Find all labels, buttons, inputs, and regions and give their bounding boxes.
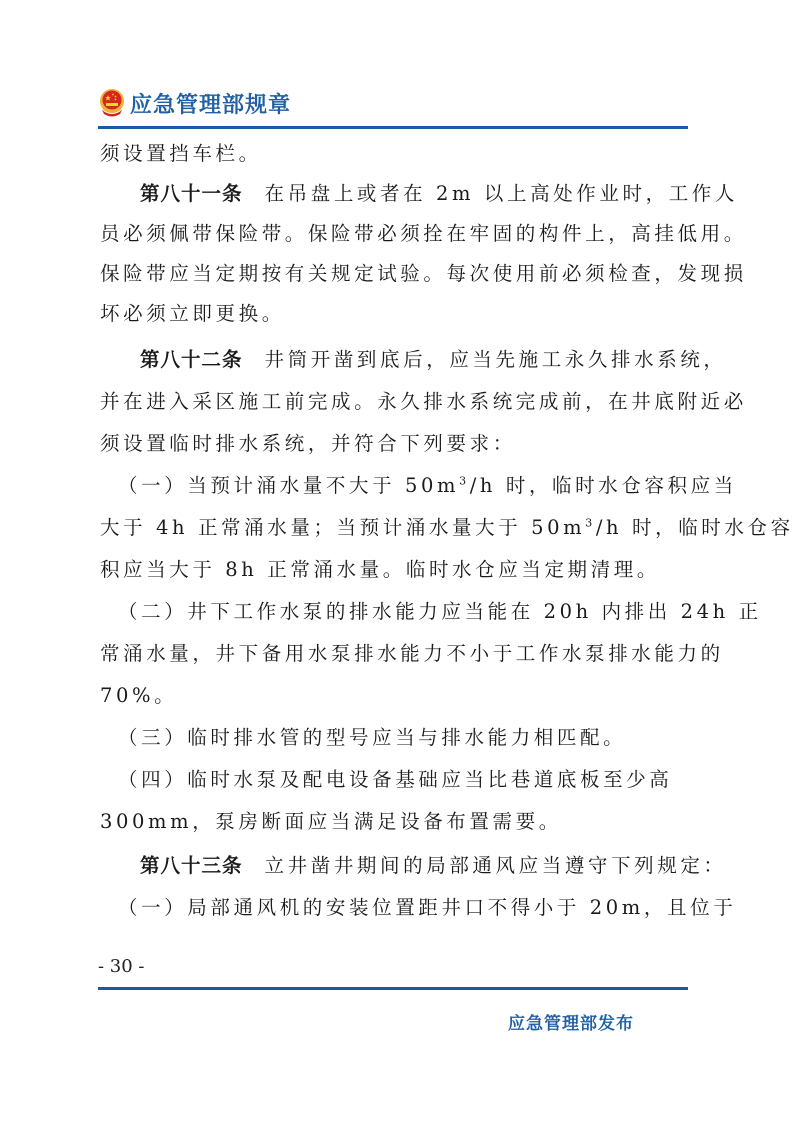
clause-3-line: （三）临时排水管的型号应当与排水能力相匹配。 [118, 724, 626, 752]
text-line: 须设置挡车栏。 [100, 140, 262, 168]
text-line: 300mm，泵房断面应当满足设备布置需要。 [100, 808, 562, 836]
article-label: 第八十二条 [140, 348, 243, 371]
article-83-line: 第八十三条立井凿井期间的局部通风应当遵守下列规定： [140, 852, 727, 880]
text-line: 须设置临时排水系统，并符合下列要求： [100, 430, 516, 458]
article-82-line: 第八十二条井筒开凿到底后，应当先施工永久排水系统， [140, 346, 727, 374]
text-line: 积应当大于 8h 正常涌水量。临时水仓应当定期清理。 [100, 556, 660, 584]
article-81-line: 第八十一条在吊盘上或者在 2m 以上高处作业时，工作人 [140, 180, 738, 208]
national-emblem-icon [98, 88, 126, 118]
document-header: 应急管理部规章 [98, 86, 291, 120]
text-line: 并在进入采区施工前完成。永久排水系统完成前，在井底附近必 [100, 388, 747, 416]
header-divider [98, 126, 688, 129]
page-number: - 30 - [98, 956, 145, 977]
text-line: 常涌水量，井下备用水泵排水能力不小于工作水泵排水能力的 [100, 640, 724, 668]
clause-4-line: （四）临时水泵及配电设备基础应当比巷道底板至少高 [118, 766, 672, 794]
text-line: 70%。 [100, 682, 177, 710]
text-line: 员必须佩带保险带。保险带必须拴在牢固的构件上，高挂低用。 [100, 220, 747, 248]
header-title: 应急管理部规章 [130, 88, 291, 119]
article-label: 第八十一条 [140, 182, 243, 205]
text-line: 保险带应当定期按有关规定试验。每次使用前必须检查，发现损 [100, 260, 747, 288]
clause-2-line: （二）井下工作水泵的排水能力应当能在 20h 内排出 24h 正 [118, 598, 762, 626]
publisher-label: 应急管理部发布 [508, 1009, 634, 1034]
clause-1-line: （一）当预计涌水量不大于 50m3/h 时，临时水仓容积应当 [118, 472, 737, 500]
clause-1-line: （一）局部通风机的安装位置距井口不得小于 20m，且位于 [118, 894, 736, 922]
footer-divider [98, 987, 688, 990]
text-line: 大于 4h 正常涌水量；当预计涌水量大于 50m3/h 时，临时水仓容 [100, 514, 793, 542]
text-line: 坏必须立即更换。 [100, 300, 285, 328]
article-label: 第八十三条 [140, 854, 243, 877]
